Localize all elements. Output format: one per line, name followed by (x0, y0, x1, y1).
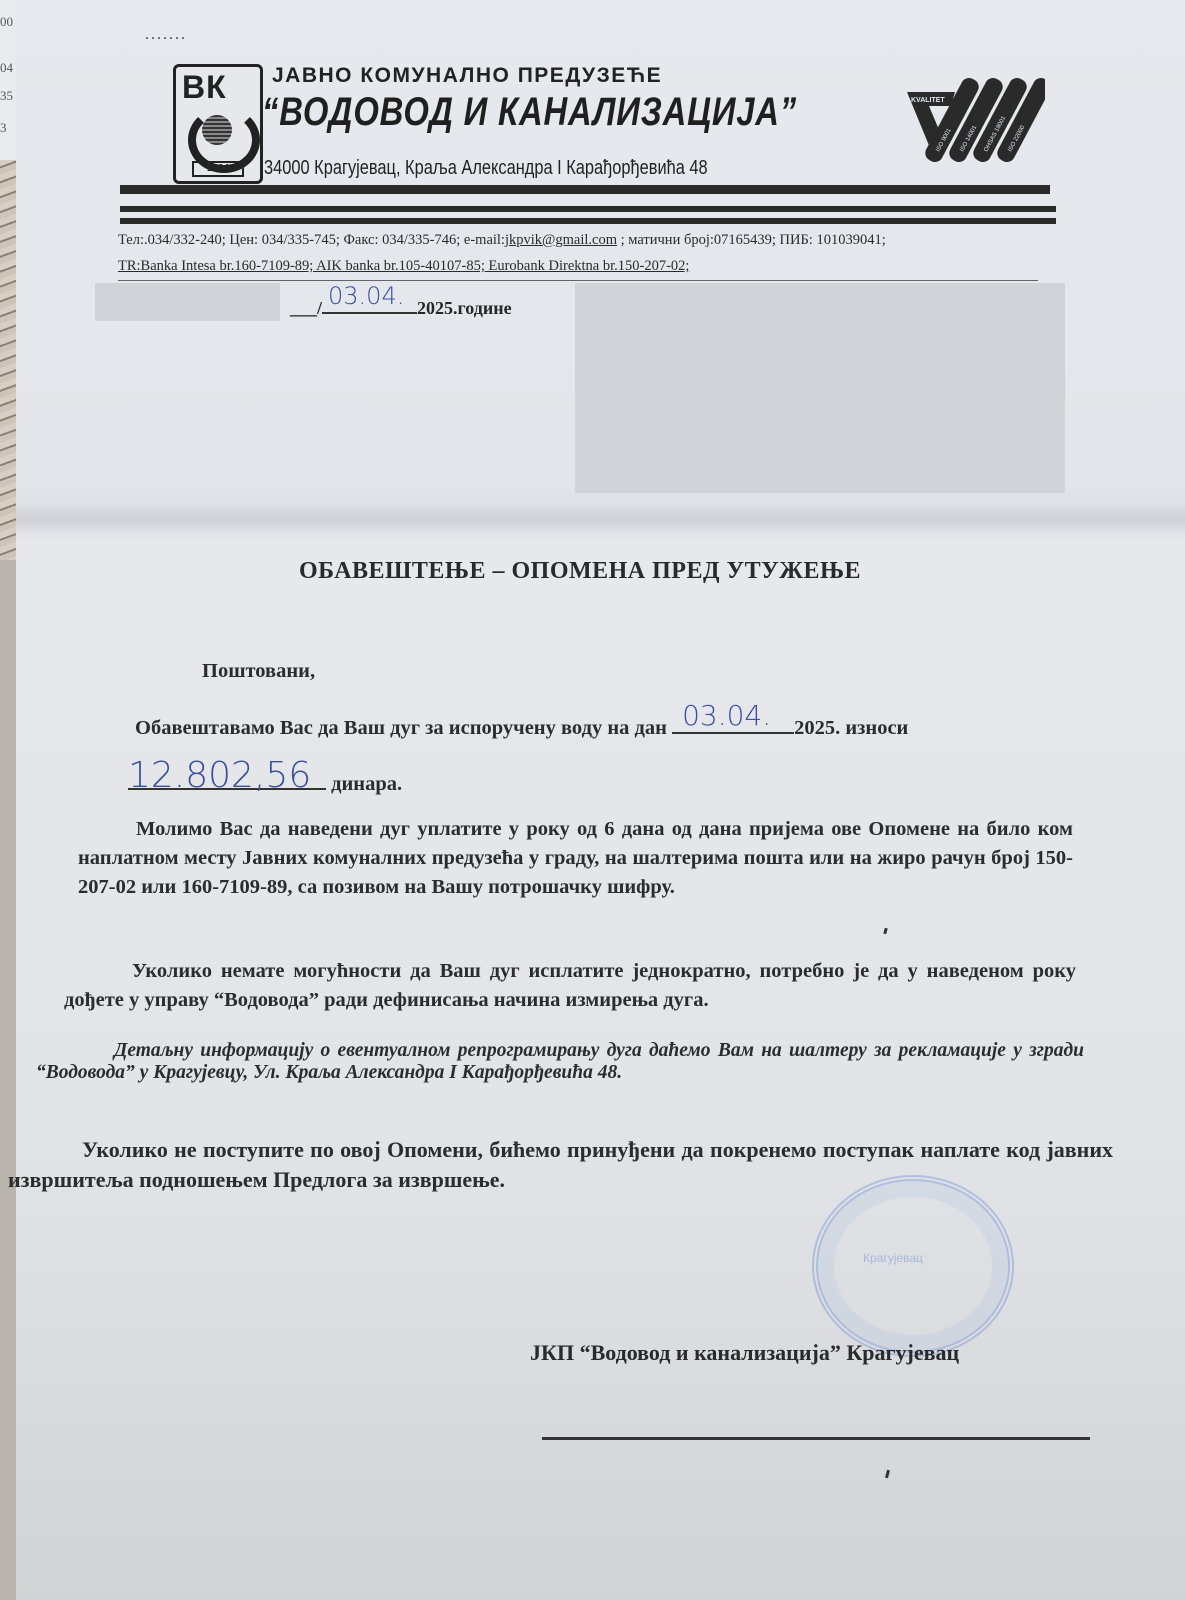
header-rule (120, 218, 1056, 224)
stamp-text: Крагујевац (863, 1251, 923, 1265)
iso-certification-icon: KVALITET ISO 9001 ISO 14001 OHSAS 18001 … (905, 74, 1045, 164)
contact-underline (118, 280, 1038, 281)
organization-address: 34000 Крагујевац, Краља Александра I Кар… (264, 157, 708, 180)
signature-organization: ЈКП “Водовод и канализација” Крагујевац (530, 1340, 959, 1366)
background-sheet-fragment: 3 (0, 120, 7, 136)
organization-type: ЈАВНО КОМУНАЛНО ПРЕДУЗЕЋЕ (272, 64, 662, 88)
logo-letters: ВК (182, 69, 227, 106)
payment-instructions: Молимо Вас да наведени дуг уплатите у ро… (78, 815, 1073, 902)
header-dots: ....... (145, 26, 187, 44)
installments-paragraph: Уколико немате могућности да Ваш дуг исп… (64, 957, 1076, 1015)
paper-fold (16, 505, 1185, 535)
certification-label: KVALITET (911, 97, 945, 104)
bank-accounts-line: TR:Banka Intesa br.160-7109-89; AIK bank… (118, 258, 689, 275)
document-title: ОБАВЕШТЕЊЕ – ОПОМЕНА ПРЕД УТУЖЕЊЕ (0, 558, 1160, 585)
document-date: ___/03.04.2025.године (290, 292, 512, 319)
debt-statement: Обавештавамо Вас да Ваш дуг за испоручен… (135, 710, 908, 743)
date-blank: 03.04. (322, 292, 417, 314)
redacted-recipient (575, 283, 1065, 493)
logo-year: 1904 (192, 161, 244, 177)
handwritten-date: 03.04. (328, 282, 404, 310)
reprogramming-info: Детаљну информацију о евентуалном репрог… (36, 1040, 1084, 1084)
amount-blank: 12.802,56 (128, 760, 326, 790)
official-stamp: Крагујевац (812, 1175, 1014, 1357)
email-link[interactable]: jkpvik@gmail.com (505, 232, 617, 248)
organization-name: “ВОДОВОД И КАНАЛИЗАЦИЈА” (262, 90, 797, 135)
globe-icon (202, 115, 232, 145)
company-logo: ВК 1904 (173, 64, 263, 184)
handwritten-amount: 12.802,56 (128, 761, 311, 790)
background-sheet-fragment: 00 (0, 14, 13, 30)
debt-date-blank: 03.04. (672, 710, 794, 734)
background-sheet-fragment: 04 (0, 60, 13, 76)
redacted-area (95, 283, 280, 321)
handwritten-debt-date: 03.04. (682, 701, 771, 730)
background-sheet-fragment: 35 (0, 88, 13, 104)
debt-amount-line: 12.802,56 динара. (128, 760, 402, 799)
header-rule (120, 206, 1056, 212)
contact-line-1: Тел:.034/332-240; Цен: 034/335-745; Факс… (118, 232, 886, 249)
header-rule-thick (120, 185, 1050, 194)
salutation: Поштовани, (202, 657, 315, 686)
signature-line (542, 1437, 1090, 1440)
